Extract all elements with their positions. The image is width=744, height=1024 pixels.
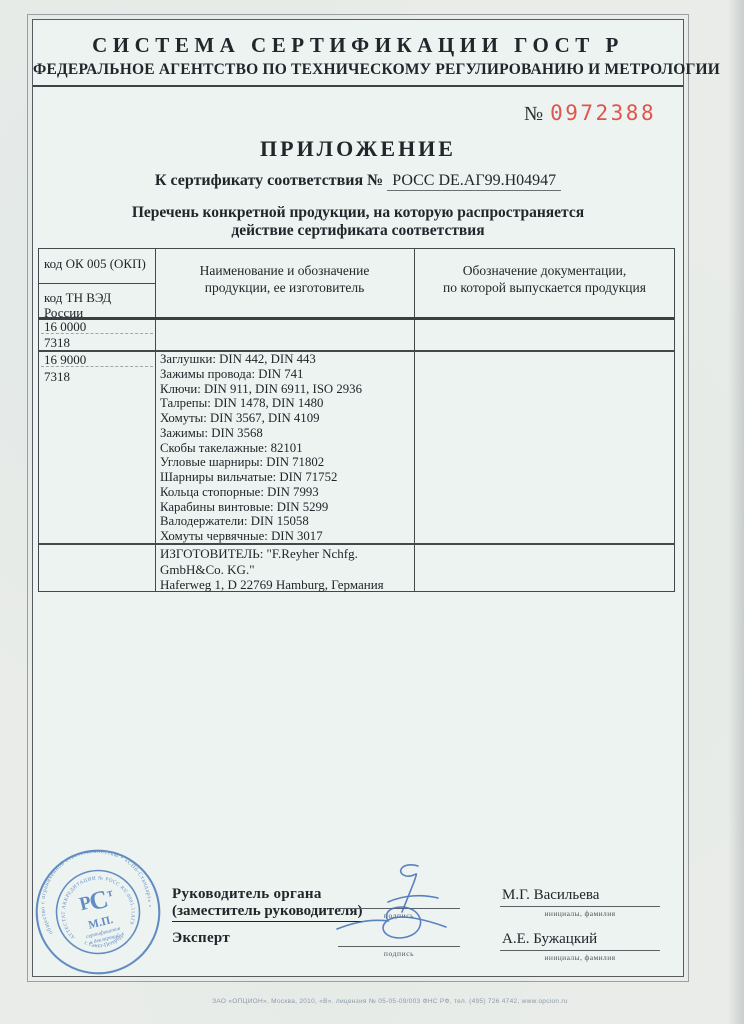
description-line1: Перечень конкретной продукции, на котору… [33,204,683,222]
head-name-caption: инициалы, фамилия [500,909,660,918]
col3-header: Обозначение документации, по которой вып… [415,262,674,296]
table-col1-divider [155,249,156,591]
expert-role-label: Эксперт [172,930,230,947]
appendix-title: ПРИЛОЖЕНИЕ [33,136,683,162]
expert-signature-caption: подпись [338,949,460,958]
row2-okp-code: 16 9000 [44,352,86,367]
col1-header-tnved: код ТН ВЭД России [44,290,152,320]
row1-okp-code: 16 0000 [44,319,86,334]
head-role-label: Руководитель органа [172,886,322,903]
agency-title: ФЕДЕРАЛЬНОЕ АГЕНТСТВО ПО ТЕХНИЧЕСКОМУ РЕ… [33,61,683,79]
certificate-page: СИСТЕМА СЕРТИФИКАЦИИ ГОСТ Р ФЕДЕРАЛЬНОЕ … [0,0,744,1024]
certificate-number: РОСС DE.АГ99.Н04947 [387,172,561,191]
blank-number: № 0972388 [524,101,656,126]
footer-imprint: ЗАО «ОПЦИОН», Москва, 2010, «В». лицензи… [160,998,620,1005]
row3-manufacturer: ИЗГОТОВИТЕЛЬ: "F.Reyher Nchfg.GmbH&Co. K… [160,546,410,593]
certificate-reference-label: К сертификату соответствия № [155,172,383,189]
col2-header: Наименование и обозначение продукции, ее… [156,262,413,296]
head-name: М.Г. Васильева [502,887,599,904]
certificate-reference: К сертификату соответствия № РОСС DE.АГ9… [33,172,683,190]
col3-header-line2: по которой выпускается продукция [415,279,674,296]
expert-name-line [500,950,660,951]
expert-signature-ink [332,900,457,950]
col2-header-line1: Наименование и обозначение [156,262,413,279]
blank-number-value: 0972388 [550,101,656,125]
row1-tnved-code: 7318 [44,335,70,350]
table-header-col1-split-line [39,283,155,284]
description-line2: действие сертификата соответствия [33,222,683,240]
col2-header-line2: продукции, ее изготовитель [156,279,413,296]
header-box: СИСТЕМА СЕРТИФИКАЦИИ ГОСТ Р ФЕДЕРАЛЬНОЕ … [33,20,683,87]
table-col2-divider [414,249,415,591]
system-title: СИСТЕМА СЕРТИФИКАЦИИ ГОСТ Р [33,33,683,58]
expert-name: А.Е. Бужацкий [502,931,597,948]
numero-sign: № [524,103,543,126]
col1-header-okp: код ОК 005 (ОКП) [44,256,152,271]
products-table: код ОК 005 (ОКП) код ТН ВЭД России Наиме… [38,248,675,592]
head-name-line [500,906,660,907]
row2-tnved-code: 7318 [44,369,70,384]
row2-product-list: Заглушки: DIN 442, DIN 443Зажимы провода… [160,352,410,544]
col3-header-line1: Обозначение документации, [415,262,674,279]
expert-name-caption: инициалы, фамилия [500,953,660,962]
